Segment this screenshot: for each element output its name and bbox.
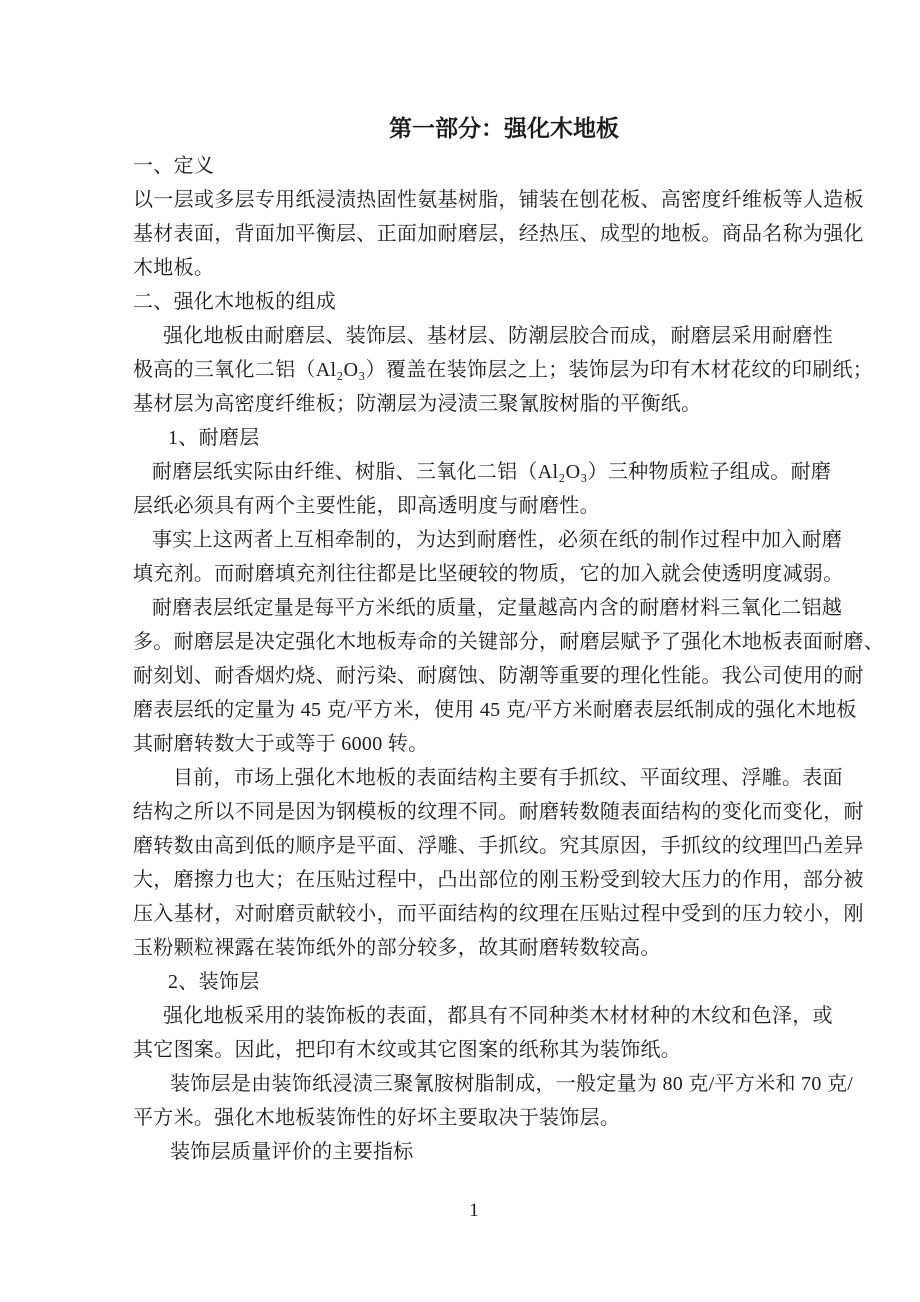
document-lines: 一、定义以一层或多层专用纸浸渍热固性氨基树脂，铺装在刨花板、高密度纤维板等人造板… [133, 149, 875, 1169]
document-line: 二、强化木地板的组成 [133, 285, 875, 319]
document-line: 磨转数由高到低的顺序是平面、浮雕、手抓纹。究其原因，手抓纹的纹理凹凸差异 [133, 829, 875, 863]
document-title: 第一部分：强化木地板 [133, 112, 875, 146]
document-body: 第一部分：强化木地板 一、定义以一层或多层专用纸浸渍热固性氨基树脂，铺装在刨花板… [133, 112, 875, 1169]
document-line: 多。耐磨层是决定强化木地板寿命的关键部分，耐磨层赋予了强化木地板表面耐磨、 [133, 625, 875, 659]
document-line: 装饰层是由装饰纸浸渍三聚氰胺树脂制成，一般定量为 80 克/平方米和 70 克/ [133, 1067, 875, 1101]
document-line: 事实上这两者上互相牵制的，为达到耐磨性，必须在纸的制作过程中加入耐磨 [133, 523, 875, 557]
document-line: 强化地板由耐磨层、装饰层、基材层、防潮层胶合而成，耐磨层采用耐磨性 [133, 319, 875, 353]
document-line: 2、装饰层 [133, 965, 875, 999]
document-line: 强化地板采用的装饰板的表面，都具有不同种类木材材种的木纹和色泽，或 [133, 999, 875, 1033]
document-line: 木地板。 [133, 251, 875, 285]
document-line: 装饰层质量评价的主要指标 [133, 1135, 875, 1169]
document-line: 一、定义 [133, 149, 875, 183]
document-line: 其它图案。因此，把印有木纹或其它图案的纸称其为装饰纸。 [133, 1033, 875, 1067]
document-line: 磨表层纸的定量为 45 克/平方米，使用 45 克/平方米耐磨表层纸制成的强化木… [133, 693, 875, 727]
page-footer: 1 [28, 1200, 920, 1222]
document-line: 耐磨层纸实际由纤维、树脂、三氧化二铝（Al₂O₃）三种物质粒子组成。耐磨 [133, 455, 875, 489]
document-line: 基材表面，背面加平衡层、正面加耐磨层，经热压、成型的地板。商品名称为强化 [133, 217, 875, 251]
document-line: 基材层为高密度纤维板；防潮层为浸渍三聚氰胺树脂的平衡纸。 [133, 387, 875, 421]
document-line: 耐刻划、耐香烟灼烧、耐污染、耐腐蚀、防潮等重要的理化性能。我公司使用的耐 [133, 659, 875, 693]
document-page: 第一部分：强化木地板 一、定义以一层或多层专用纸浸渍热固性氨基树脂，铺装在刨花板… [0, 0, 920, 1302]
document-line: 其耐磨转数大于或等于 6000 转。 [133, 727, 875, 761]
document-line: 平方米。强化木地板装饰性的好坏主要取决于装饰层。 [133, 1101, 875, 1135]
document-line: 1、耐磨层 [133, 421, 875, 455]
document-line: 填充剂。而耐磨填充剂往往都是比坚硬较的物质，它的加入就会使透明度减弱。 [133, 557, 875, 591]
document-line: 耐磨表层纸定量是每平方米纸的质量，定量越高内含的耐磨材料三氧化二铝越 [133, 591, 875, 625]
document-line: 结构之所以不同是因为钢模板的纹理不同。耐磨转数随表面结构的变化而变化，耐 [133, 795, 875, 829]
document-line: 层纸必须具有两个主要性能，即高透明度与耐磨性。 [133, 489, 875, 523]
document-line: 以一层或多层专用纸浸渍热固性氨基树脂，铺装在刨花板、高密度纤维板等人造板 [133, 183, 875, 217]
page-number: 1 [469, 1200, 479, 1221]
document-line: 极高的三氧化二铝（Al₂O₃）覆盖在装饰层之上；装饰层为印有木材花纹的印刷纸； [133, 353, 875, 387]
document-line: 目前，市场上强化木地板的表面结构主要有手抓纹、平面纹理、浮雕。表面 [133, 761, 875, 795]
document-line: 压入基材，对耐磨贡献较小，而平面结构的纹理在压贴过程中受到的压力较小，刚 [133, 897, 875, 931]
document-line: 大，磨擦力也大；在压贴过程中，凸出部位的刚玉粉受到较大压力的作用，部分被 [133, 863, 875, 897]
document-line: 玉粉颗粒裸露在装饰纸外的部分较多，故其耐磨转数较高。 [133, 931, 875, 965]
